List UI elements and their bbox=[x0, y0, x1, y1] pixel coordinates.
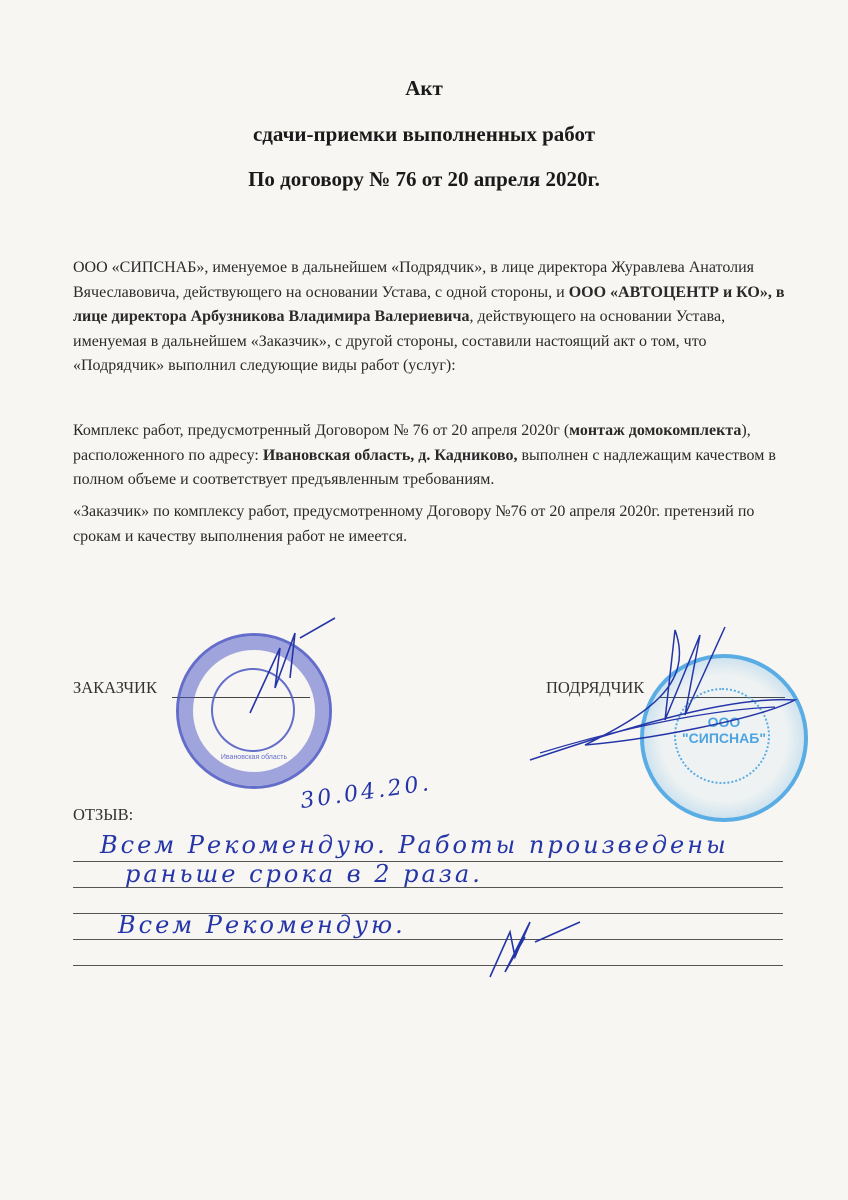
document-title: Акт bbox=[0, 76, 848, 101]
review-handwriting-line-2: раньше срока в 2 раза. bbox=[125, 860, 483, 888]
works-address-bold: Ивановская область, д. Кадниково, bbox=[263, 447, 518, 464]
review-line-5 bbox=[73, 965, 783, 966]
review-handwriting-line-1: Всем Рекомендую. Работы произведены bbox=[100, 831, 729, 859]
customer-stamp-region: Ивановская область bbox=[179, 754, 329, 761]
review-line-4 bbox=[73, 939, 783, 940]
works-text-1: Комплекс работ, предусмотренный Договоро… bbox=[73, 422, 569, 439]
act-document-page: Акт сдачи-приемки выполненных работ По д… bbox=[0, 0, 848, 1200]
contractor-signature-icon bbox=[525, 625, 805, 775]
customer-signature-label: ЗАКАЗЧИК bbox=[73, 678, 157, 698]
no-claims-paragraph: «Заказчик» по комплексу работ, предусмот… bbox=[73, 500, 793, 549]
review-signature-icon bbox=[485, 912, 605, 982]
handwritten-date: 30.04.20. bbox=[299, 771, 433, 814]
review-label: ОТЗЫВ: bbox=[73, 805, 133, 825]
document-subtitle: сдачи-приемки выполненных работ bbox=[0, 122, 848, 147]
parties-paragraph: ООО «СИПСНАБ», именуемое в дальнейшем «П… bbox=[73, 256, 793, 379]
review-handwriting-line-3: Всем Рекомендую. bbox=[118, 911, 406, 939]
works-type-bold: монтаж домокомплекта bbox=[569, 422, 741, 439]
contract-reference: По договору № 76 от 20 апреля 2020г. bbox=[0, 167, 848, 192]
customer-signature-icon bbox=[240, 628, 360, 718]
works-paragraph: Комплекс работ, предусмотренный Договоро… bbox=[73, 419, 793, 493]
